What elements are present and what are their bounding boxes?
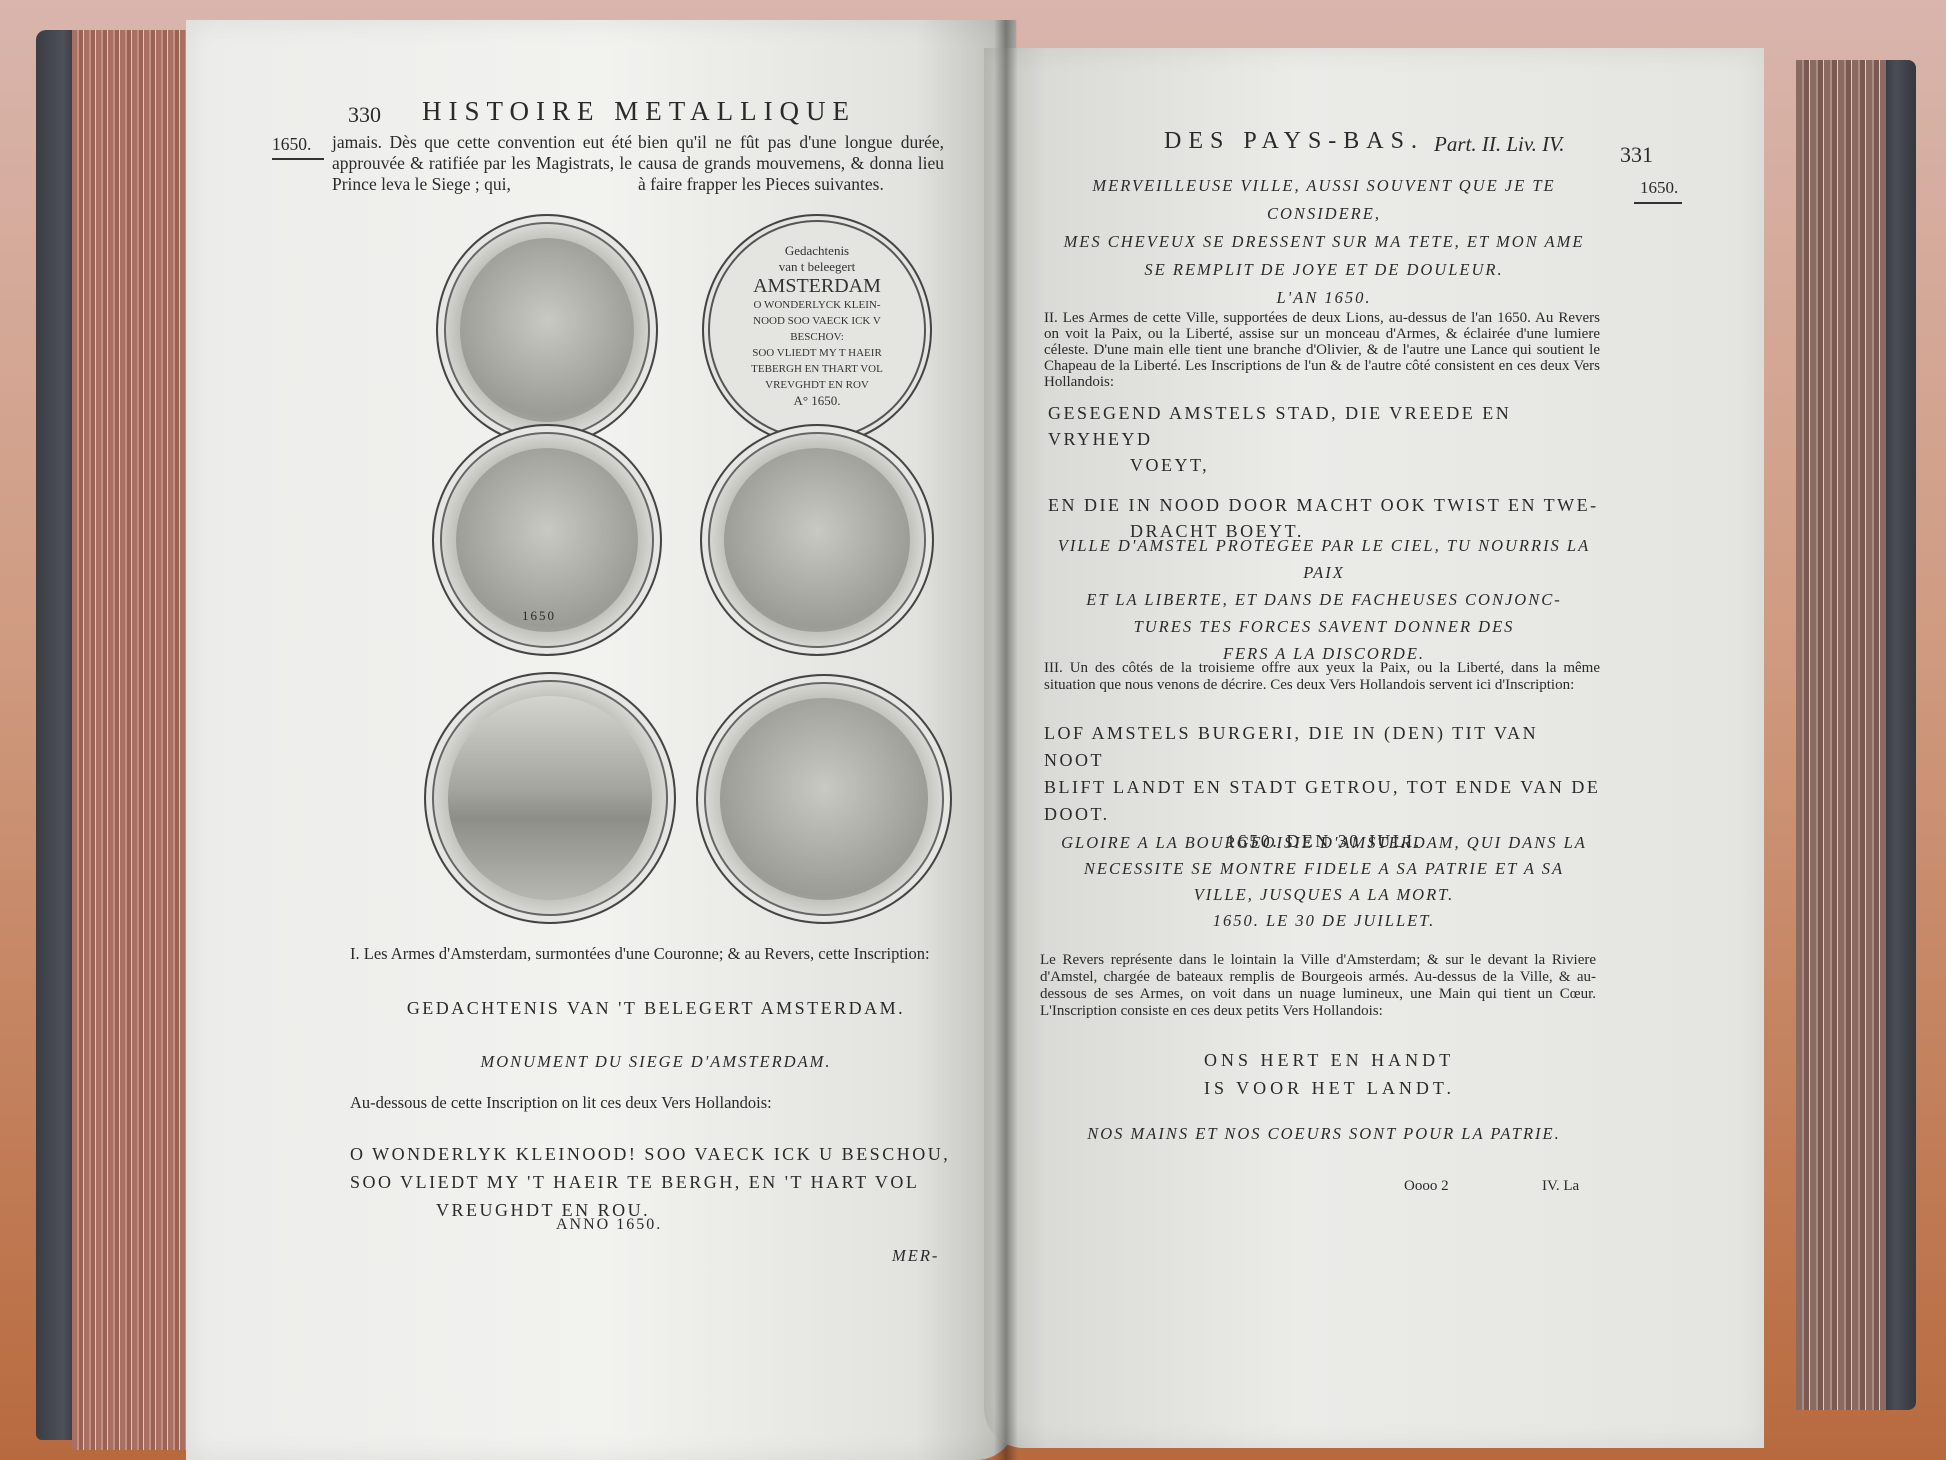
running-head: HISTOIRE METALLIQUE xyxy=(422,96,856,127)
intro-column-2: bien qu'il ne fût pas d'une longue durée… xyxy=(638,132,944,195)
paragraph-II: II. Les Armes de cette Ville, supportées… xyxy=(1044,310,1600,390)
anno-date: ANNO 1650. xyxy=(556,1216,662,1234)
page-edges-left xyxy=(72,30,200,1450)
dutch-verse-revers: ONS HERT EN HANDT IS VOOR HET LANDT. xyxy=(1204,1046,1455,1102)
left-page: 330 HISTOIRE METALLIQUE 1650. jamais. Dè… xyxy=(186,20,1016,1460)
arms-of-amsterdam-engraving xyxy=(460,238,634,422)
caption-I: I. Les Armes d'Amsterdam, surmontées d'u… xyxy=(350,944,930,964)
dutch-verse-II: GESEGEND AMSTELS STAD, DIE VREEDE EN VRY… xyxy=(1048,400,1608,544)
french-verse-II: VILLE D'AMSTEL PROTEGEE PAR LE CIEL, TU … xyxy=(1044,532,1604,667)
lions-arms-engraving xyxy=(456,448,638,632)
page-edges-right xyxy=(1796,60,1886,1410)
running-head: DES PAYS-BAS. xyxy=(1164,128,1424,155)
seated-liberty-lance-engraving xyxy=(720,698,928,900)
part-book-label: Part. II. Liv. IV. xyxy=(1434,132,1564,157)
medal-I-reverse: Gedachtenis van t beleegert AMSTERDAM O … xyxy=(702,214,932,446)
below-inscription-text: Au-dessous de cette Inscription on lit c… xyxy=(350,1093,772,1113)
page-number: 331 xyxy=(1620,142,1653,168)
catchword: MER- xyxy=(892,1246,939,1266)
paragraph-revers: Le Revers représente dans le lointain la… xyxy=(1040,952,1596,1020)
medal-inscription: Gedachtenis van t beleegert AMSTERDAM O … xyxy=(727,243,908,409)
open-book: 330 HISTOIRE METALLIQUE 1650. jamais. Dè… xyxy=(36,20,1916,1460)
margin-rule xyxy=(272,158,324,160)
catchword: IV. La xyxy=(1542,1178,1579,1195)
book-gutter xyxy=(994,20,1018,1460)
signature-mark: Oooo 2 xyxy=(1404,1178,1449,1195)
margin-year: 1650. xyxy=(272,134,311,155)
margin-rule xyxy=(1634,202,1682,204)
dutch-verse: O WONDERLYK KLEINOOD! SOO VAECK ICK U BE… xyxy=(350,1140,970,1224)
french-verse: MERVEILLEUSE VILLE, AUSSI SOUVENT QUE JE… xyxy=(1044,172,1604,312)
medal-II-reverse xyxy=(700,424,934,656)
inscription-french: MONUMENT DU SIEGE D'AMSTERDAM. xyxy=(336,1052,976,1072)
french-verse-III: GLOIRE A LA BOURGEOISIE D'AMSTERDAM, QUI… xyxy=(1044,830,1604,934)
medal-II-obverse: 1650 xyxy=(432,424,662,656)
medal-III-reverse xyxy=(696,674,952,924)
intro-column-1: jamais. Dès que cette convention eut été… xyxy=(332,132,632,195)
amsterdam-city-view-engraving xyxy=(448,696,652,900)
margin-year: 1650. xyxy=(1640,178,1678,198)
medal-III-obverse xyxy=(424,672,676,924)
right-page: DES PAYS-BAS. Part. II. Liv. IV. 331 165… xyxy=(984,48,1764,1448)
medal-I-obverse xyxy=(436,214,658,446)
seated-liberty-engraving xyxy=(724,448,910,632)
page-number: 330 xyxy=(348,102,381,128)
inscription-dutch: GEDACHTENIS VAN 'T BELEGERT AMSTERDAM. xyxy=(336,998,976,1019)
paragraph-III: III. Un des côtés de la troisieme offre … xyxy=(1044,660,1600,694)
french-verse-revers: NOS MAINS ET NOS COEURS SONT POUR LA PAT… xyxy=(1044,1124,1604,1144)
